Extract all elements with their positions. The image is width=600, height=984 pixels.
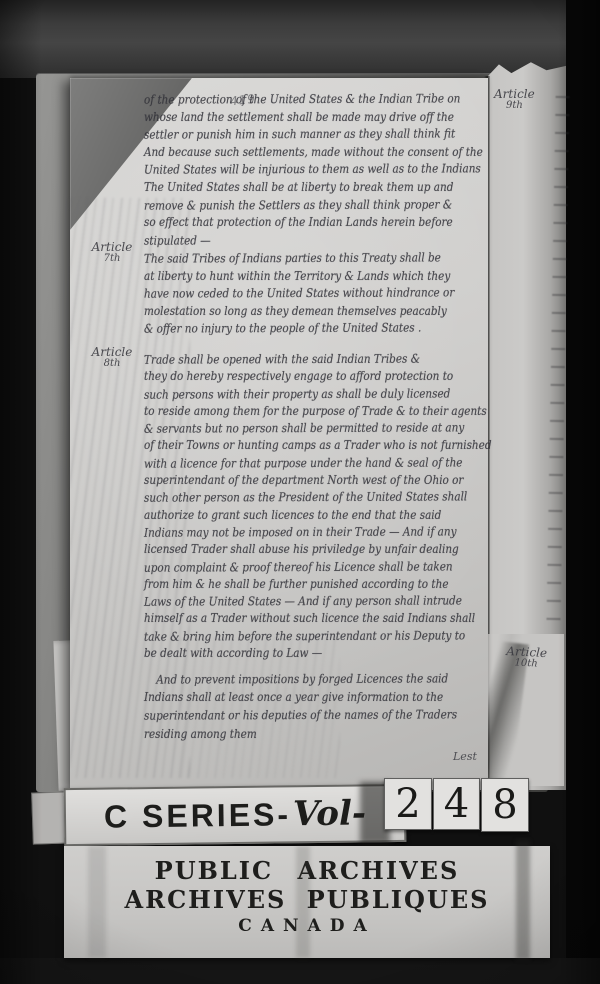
article-9-word: Article xyxy=(494,87,535,101)
manuscript-line: superintendant or his deputies of the na… xyxy=(144,706,457,725)
manuscript-line: The United States shall be at liberty to… xyxy=(144,179,483,197)
manuscript-line: stipulated — xyxy=(144,231,483,250)
volume-digit-card: 4 xyxy=(433,778,480,830)
volume-digit-card: 2 xyxy=(384,778,432,830)
volume-digit-card: 8 xyxy=(481,778,529,832)
manuscript-line: so effect that protection of the Indian … xyxy=(144,214,483,232)
manuscript-paragraph-closing: And to prevent impositions by forged Lic… xyxy=(144,670,457,743)
manuscript-paragraph-article8: Trade shall be opened with the said Indi… xyxy=(144,351,492,662)
manuscript-line: such other person as the President of th… xyxy=(144,489,492,508)
archives-stamp-line-fr: ARCHIVES PUBLIQUES xyxy=(64,885,550,914)
manuscript-line: authorize to grant such licences to the … xyxy=(144,507,492,524)
article-8-number: 8th xyxy=(104,358,121,369)
manuscript-page: 419 of the protection of the United Stat… xyxy=(70,78,488,790)
manuscript-line: have now ceded to the United States with… xyxy=(144,285,454,304)
manuscript-line: licensed Trader shall abuse his priviled… xyxy=(144,541,492,558)
manuscript-line: Indians shall at least once a year give … xyxy=(144,688,457,706)
manuscript-line: of their Towns or hunting camps as a Tra… xyxy=(144,437,492,454)
article-8-heading: Article 8th xyxy=(86,346,138,372)
manuscript-line: take & bring him before the superintenda… xyxy=(144,627,492,646)
manuscript-line: And because such settlements, made witho… xyxy=(144,144,483,162)
manuscript-line: whose land the settlement shall be made … xyxy=(144,109,483,127)
manuscript-line: to reside among them for the purpose of … xyxy=(144,403,492,420)
manuscript-line: be dealt with according to Law — xyxy=(144,645,492,662)
manuscript-line: Laws of the United States — And if any p… xyxy=(144,592,492,611)
manuscript-line: upon complaint & proof thereof his Licen… xyxy=(144,558,492,577)
article-9-number: 9th xyxy=(506,100,523,111)
article-8-word: Article xyxy=(92,345,133,359)
manuscript-line: And to prevent impositions by forged Lic… xyxy=(156,669,457,688)
photo-right-background xyxy=(566,0,600,984)
article-7-heading: Article 7th xyxy=(86,241,138,267)
article-7-number: 7th xyxy=(104,253,121,264)
series-label-text: C SERIES- xyxy=(104,796,291,835)
manuscript-line: remove & punish the Settlers as they sha… xyxy=(144,196,483,215)
manuscript-line: molestation so long as they demean thems… xyxy=(144,303,454,321)
manuscript-line: such persons with their property as shal… xyxy=(144,385,492,404)
manuscript-line: Trade shall be opened with the said Indi… xyxy=(144,350,492,369)
manuscript-line: with a licence for that purpose under th… xyxy=(144,454,492,473)
manuscript-line: himself as a Trader without such licence… xyxy=(144,610,492,627)
manuscript-line: residing among them xyxy=(144,725,457,743)
manuscript-line: & offer no injury to the people of the U… xyxy=(144,320,454,339)
manuscript-line: The said Tribes of Indians parties to th… xyxy=(144,249,454,268)
archives-stamp-panel: PUBLIC ARCHIVES ARCHIVES PUBLIQUES CANAD… xyxy=(64,846,550,958)
article-7-word: Article xyxy=(92,240,133,254)
manuscript-line: United States will be injurious to them … xyxy=(144,161,483,180)
manuscript-line: they do hereby respectively engage to af… xyxy=(144,368,492,385)
manuscript-line: & servants but no person shall be permit… xyxy=(144,419,492,438)
manuscript-paragraph-article6-end: of the protection of the United States &… xyxy=(144,91,483,249)
photo-top-background xyxy=(0,0,600,78)
manuscript-line: at liberty to hunt within the Territory … xyxy=(144,268,454,286)
manuscript-line: Indians may not be imposed on in their T… xyxy=(144,523,492,542)
series-volume-label: C SERIES- Vol- xyxy=(64,784,407,846)
article-9-heading: Article 9th xyxy=(494,88,535,114)
archives-stamp-line-canada: CANADA xyxy=(64,916,550,936)
article-10-number: 10th xyxy=(514,657,538,669)
manuscript-line: superintendant of the department North w… xyxy=(144,472,492,489)
manuscript-line: from him & he shall be further punished … xyxy=(144,576,492,593)
manuscript-line: settler or punish him in such manner as … xyxy=(144,126,483,145)
volume-label-text: Vol- xyxy=(293,793,366,834)
article-10-heading: Article 10th xyxy=(505,645,547,673)
manuscript-line: of the protection of the United States &… xyxy=(144,90,483,109)
microfilm-photo: Article 9th Article 10th 419 of the prot… xyxy=(0,0,600,984)
photo-bottom-background xyxy=(0,958,600,984)
manuscript-paragraph-article7: The said Tribes of Indians parties to th… xyxy=(144,250,454,338)
catchword: Lest xyxy=(453,750,477,763)
archives-stamp-line-en: PUBLIC ARCHIVES xyxy=(64,856,550,885)
